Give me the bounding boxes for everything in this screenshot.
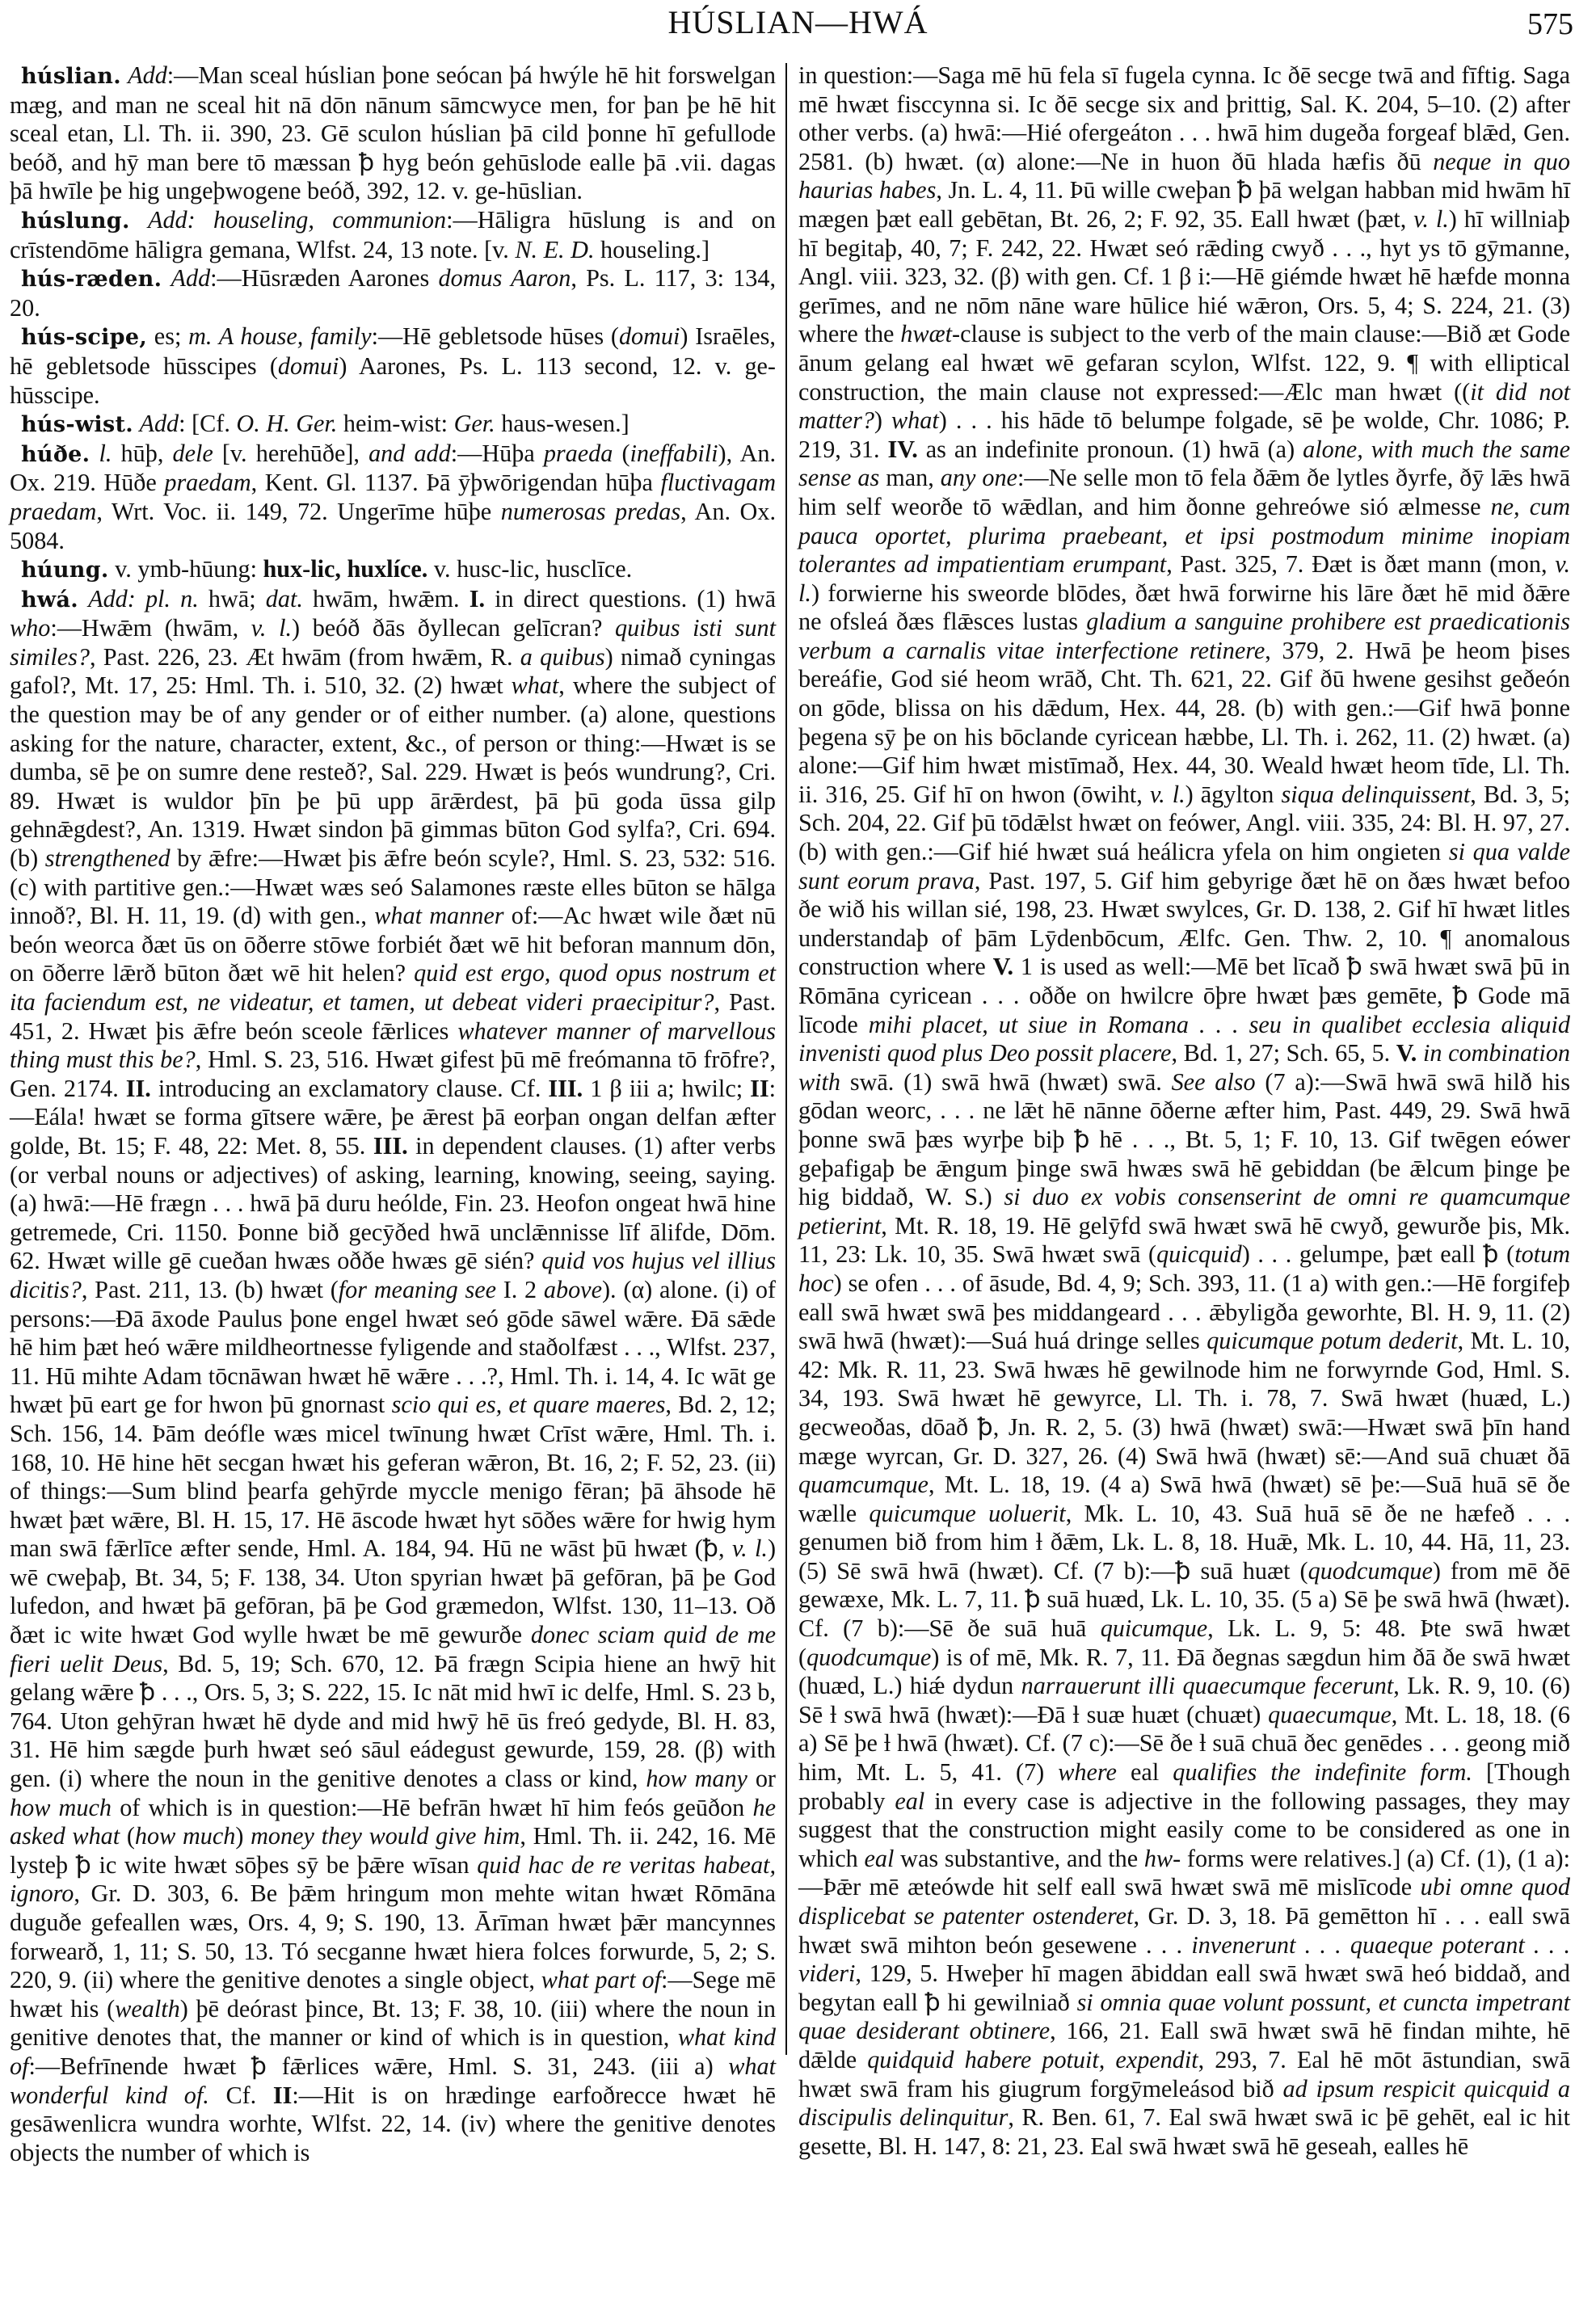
entry-text: [v. herehūðe],	[213, 440, 368, 467]
entry-text: in direct questions. (1) hwā	[485, 585, 776, 612]
italic-text: above	[544, 1276, 602, 1303]
italic-text: quidquid habere potuit, expendit	[867, 2046, 1198, 2073]
italic-text: siqua delinquissent	[1281, 781, 1470, 808]
entry-text: I. 2	[496, 1276, 544, 1303]
entry-text: houseling.]	[594, 236, 710, 263]
entry-text: :—Hē gebletsode hūses (	[372, 322, 619, 350]
bold-text: III.	[373, 1132, 408, 1160]
right-column: in question:—Saga mē hū fela sī fugela c…	[798, 61, 1570, 2161]
italic-text: praeda	[544, 440, 613, 467]
entry-text: ) . . . gelumpe, þæt eall ꝥ (	[1242, 1240, 1515, 1268]
entry-text	[90, 440, 99, 467]
italic-text: what manner	[374, 902, 503, 929]
page-header: HÚSLIAN—HWÁ 575	[0, 0, 1596, 48]
headword: húslung.	[21, 208, 130, 234]
italic-text: scio qui es, et quare maeres	[392, 1391, 666, 1418]
entry-text: , where the subject of the question may …	[10, 671, 776, 872]
italic-text: ineffabili	[630, 440, 718, 467]
italic-text: m. A house, family	[188, 322, 371, 350]
entry-text: was substantive, and the	[894, 1845, 1143, 1872]
dictionary-entry: húðe. l. hūþ, dele [v. herehūðe], and ad…	[10, 440, 776, 555]
entry-text: or	[747, 1765, 776, 1792]
italic-text: for meaning see	[339, 1276, 496, 1303]
entry-text: haus-wesen.]	[495, 410, 630, 437]
running-head: HÚSLIAN—HWÁ	[0, 3, 1596, 41]
italic-text: eal	[865, 1845, 895, 1872]
italic-text: dele	[172, 440, 213, 467]
italic-text: Ger.	[454, 410, 495, 437]
entry-text: introducing an exclamatory clause. Cf.	[151, 1075, 549, 1102]
entry-text: heim-wist:	[337, 410, 453, 437]
entry-text: : [Cf.	[179, 410, 236, 437]
italic-text: O. H. Ger.	[236, 410, 337, 437]
italic-text: what	[512, 671, 559, 699]
italic-text: hw-	[1144, 1845, 1181, 1872]
italic-text: Add	[128, 61, 167, 89]
bold-text: IV.	[888, 436, 918, 463]
entry-text: ) āgylton	[1185, 781, 1282, 808]
italic-text: v. l.	[732, 1534, 768, 1562]
italic-text: domui	[619, 322, 680, 350]
headword: húung.	[21, 558, 109, 583]
dictionary-entry: hús-wist. Add: [Cf. O. H. Ger. heim-wist…	[10, 410, 776, 440]
entry-text	[1417, 1039, 1423, 1067]
italic-text: eal	[895, 1787, 924, 1815]
entry-text: (	[613, 440, 630, 467]
headword: hús-ræden.	[21, 267, 162, 292]
italic-text: quicumque potum dederit	[1206, 1327, 1457, 1354]
italic-text: Add	[140, 410, 179, 437]
entry-text: v. husc-lic, husclīce.	[427, 555, 632, 583]
entry-text: es;	[147, 322, 188, 350]
entry-text: man,	[879, 464, 941, 491]
entry-text: v. ymb-hūung:	[109, 555, 263, 583]
bold-text: I.	[470, 585, 485, 612]
italic-text: dat.	[266, 585, 303, 612]
entry-text	[78, 585, 88, 612]
entry-text: )	[874, 406, 891, 434]
dictionary-entry: hús-ræden. Add:—Hūsræden Aarones domus A…	[10, 264, 776, 322]
italic-text: hwæt	[900, 320, 952, 347]
entry-text	[162, 264, 171, 292]
entry-text: , Wrt. Voc. ii. 149, 72. Ungerīme hūþe	[96, 498, 500, 525]
bold-text: II.	[126, 1075, 151, 1102]
bold-text: II	[750, 1075, 769, 1102]
entry-text	[130, 206, 148, 234]
entry-text: hwām, hwǣm.	[303, 585, 470, 612]
italic-text: how many	[646, 1765, 747, 1792]
italic-text: Add: pl. n.	[88, 585, 199, 612]
entry-text: swā. (1) swā hwā (hwæt) swā.	[840, 1068, 1172, 1096]
bold-text: III.	[548, 1075, 583, 1102]
entry-text	[121, 61, 128, 89]
italic-text: quamcumque	[798, 1471, 929, 1498]
italic-text: praedam	[164, 469, 251, 496]
bold-text: V.	[993, 953, 1013, 980]
dictionary-entry: húslian. Add:—Man sceal húslian þone seó…	[10, 61, 776, 206]
italic-text: v. l.	[251, 614, 292, 642]
italic-text: numerosas predas	[501, 498, 680, 525]
italic-text: Add	[171, 264, 211, 292]
italic-text: quodcumque	[806, 1644, 931, 1671]
italic-text: l.	[99, 440, 112, 467]
bold-text: hux-lic, huxlíce.	[263, 555, 428, 583]
italic-text: who	[10, 614, 50, 642]
italic-text: quaecumque	[1268, 1701, 1392, 1728]
italic-text: strengthened	[45, 844, 171, 872]
dictionary-entry: hús-scipe, es; m. A house, family:—Hē ge…	[10, 322, 776, 410]
entry-text: 1 β iii a; hwilc;	[583, 1075, 750, 1102]
italic-text: quicumque	[1101, 1614, 1207, 1642]
italic-text: where	[1058, 1758, 1117, 1786]
italic-text: wealth	[115, 1995, 180, 2023]
entry-text: , Bd. 1, 27; Sch. 65, 5.	[1171, 1039, 1396, 1067]
entry-text: :—Hwǣm (hwām,	[50, 614, 251, 642]
italic-text: qualifies the indefinite form.	[1173, 1758, 1472, 1786]
dictionary-entry: hwá. Add: pl. n. hwā; dat. hwām, hwǣm. I…	[10, 585, 776, 2168]
entry-text: :—Hūþa	[451, 440, 544, 467]
entry-text: , Kent. Gl. 1137. Þā ȳþwōrigendan hūþa	[251, 469, 661, 496]
italic-text: Add: houseling, communion	[148, 206, 446, 234]
entry-text: Cf.	[209, 2082, 273, 2109]
entry-text: , Past. 211, 13. (b) hwæt (	[82, 1276, 339, 1303]
entry-continuation: in question:—Saga mē hū fela sī fugela c…	[798, 61, 1570, 2161]
entry-text: )	[235, 1822, 251, 1850]
italic-text: v. l.	[1150, 781, 1185, 808]
italic-text: quodcumque	[1308, 1557, 1433, 1585]
entry-text: , Past. 226, 23. Æt hwām (from hwǣm, R.	[90, 643, 520, 671]
italic-text: any one	[941, 464, 1017, 491]
italic-text: a quibus	[520, 643, 605, 671]
headword: húðe.	[21, 442, 90, 467]
italic-text: quicquid	[1156, 1240, 1242, 1268]
left-column: húslian. Add:—Man sceal húslian þone seó…	[10, 61, 776, 2167]
italic-text: See also	[1172, 1068, 1256, 1096]
italic-text: money they would give him	[251, 1822, 520, 1850]
italic-text: domus Aaron	[439, 264, 571, 292]
italic-text: N. E. D.	[515, 236, 594, 263]
italic-text: how much	[10, 1794, 112, 1821]
italic-text: what	[891, 406, 939, 434]
entry-text: , Past. 325, 7. Ðæt is ðæt mann (mon,	[1166, 550, 1555, 578]
headword: húslian.	[21, 64, 121, 89]
entry-text	[133, 410, 140, 437]
entry-text: ) beóð ðās ðyllecan gelīcran?	[292, 614, 615, 642]
entry-text: hwā;	[199, 585, 266, 612]
page-number: 575	[1527, 6, 1573, 42]
entry-text: as an indefinite pronoun. (1) hwā (a)	[918, 436, 1303, 463]
italic-text: what part of	[541, 1966, 661, 1993]
italic-text: and add	[368, 440, 451, 467]
italic-text: v. l.	[1413, 205, 1449, 233]
entry-text: hūþ,	[112, 440, 172, 467]
headword: hwá.	[21, 587, 78, 612]
dictionary-entry: húung. v. ymb-hūung: hux-lic, huxlíce. v…	[10, 555, 776, 585]
italic-text: quicumque uoluerit	[869, 1500, 1065, 1527]
bold-text: II	[273, 2082, 293, 2109]
entry-text: :—Befrīnende hwæt ꝥ fǣrlices wǣre, Hml. …	[28, 2052, 728, 2080]
column-divider	[785, 63, 787, 2055]
dictionary-entry: húslung. Add: houseling, communion:—Hāli…	[10, 206, 776, 264]
bold-text: V.	[1396, 1039, 1417, 1067]
entry-text: (	[120, 1822, 135, 1850]
entry-text: eal	[1117, 1758, 1173, 1786]
italic-text: how much	[135, 1822, 235, 1850]
headword: hús-scipe,	[21, 325, 147, 350]
entry-text: of which is in question:—Hē befrān hwæt …	[112, 1794, 753, 1821]
italic-text: narrauerunt illi quaecumque fecerunt	[1021, 1672, 1394, 1699]
entry-text: :—Hūsræden Aarones	[210, 264, 438, 292]
headword: hús-wist.	[21, 412, 133, 437]
italic-text: domui	[278, 352, 339, 380]
